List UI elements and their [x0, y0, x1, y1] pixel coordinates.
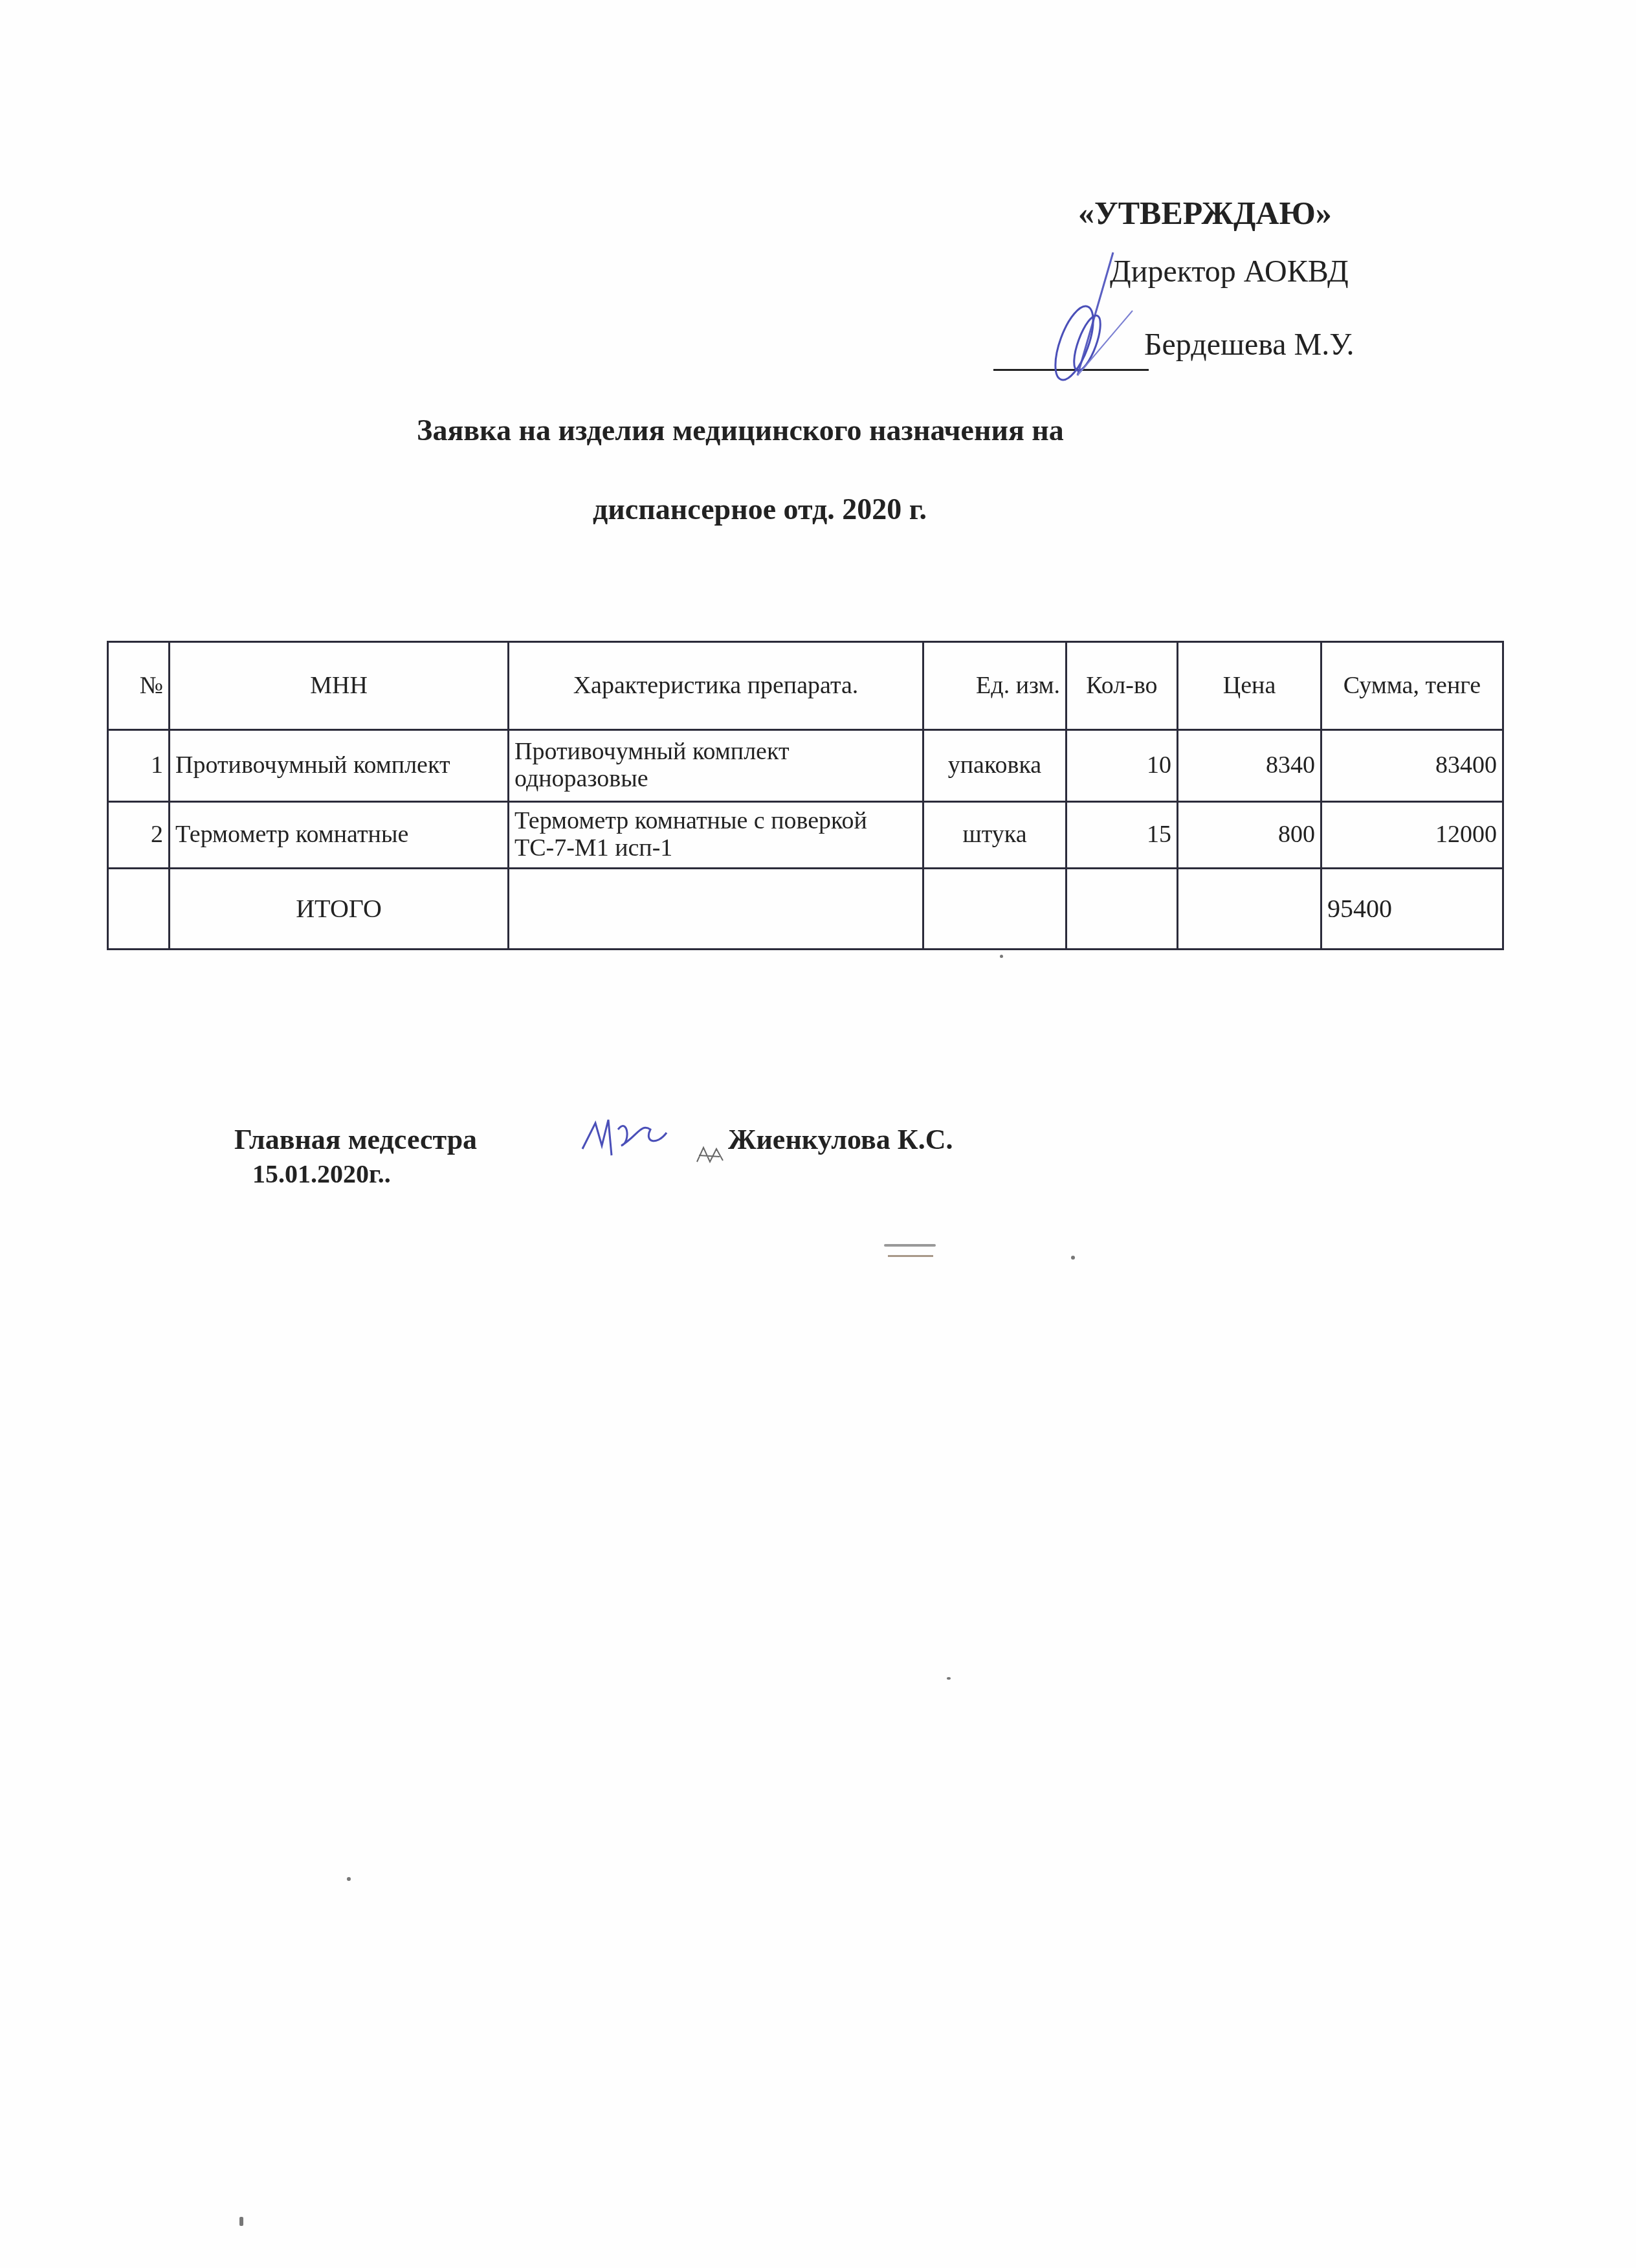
- cell-empty: [1067, 869, 1178, 950]
- scan-speck: [347, 1877, 351, 1881]
- header-quantity: Кол-во: [1067, 642, 1178, 730]
- scan-speck: [947, 1677, 951, 1680]
- cell-num: 1: [108, 730, 170, 802]
- header-unit: Ед. изм.: [923, 642, 1067, 730]
- document-title-line1: Заявка на изделия медицинского назначени…: [0, 413, 1558, 447]
- table-row: 2 Термометр комнатные Термометр комнатны…: [108, 802, 1503, 869]
- header-mnn: МНН: [170, 642, 509, 730]
- cell-description: Термометр комнатные с поверкой ТС-7-М1 и…: [509, 802, 923, 869]
- cell-price: 8340: [1178, 730, 1321, 802]
- cell-quantity: 15: [1067, 802, 1178, 869]
- signoff-name: Жиенкулова К.С.: [728, 1123, 953, 1156]
- signoff-role: Главная медсестра: [234, 1123, 477, 1156]
- total-sum: 95400: [1321, 869, 1503, 950]
- approval-name: Бердешева М.У.: [1144, 327, 1354, 362]
- signoff-date: 15.01.2020г..: [252, 1159, 391, 1189]
- document-title-line2: диспансерное отд. 2020 г.: [0, 492, 1578, 526]
- table-header-row: № МНН Характеристика препарата. Ед. изм.…: [108, 642, 1503, 730]
- cell-mnn: Термометр комнатные: [170, 802, 509, 869]
- table-row: 1 Противочумный комплект Противочумный к…: [108, 730, 1503, 802]
- approval-title: «УТВЕРЖДАЮ»: [1078, 194, 1332, 232]
- director-signature-icon: [1016, 246, 1145, 382]
- cell-sum: 83400: [1321, 730, 1503, 802]
- cell-unit: упаковка: [923, 730, 1067, 802]
- cell-empty: [509, 869, 923, 950]
- stamp-mark-icon: [694, 1142, 726, 1168]
- cell-mnn: Противочумный комплект: [170, 730, 509, 802]
- cell-sum: 12000: [1321, 802, 1503, 869]
- cell-empty: [1178, 869, 1321, 950]
- cell-num: 2: [108, 802, 170, 869]
- scan-speck: [1000, 955, 1003, 958]
- header-num: №: [108, 642, 170, 730]
- header-sum: Сумма, тенге: [1321, 642, 1503, 730]
- nurse-signature-icon: [579, 1110, 676, 1168]
- cell-quantity: 10: [1067, 730, 1178, 802]
- total-label: ИТОГО: [170, 869, 509, 950]
- cell-price: 800: [1178, 802, 1321, 869]
- header-description: Характеристика препарата.: [509, 642, 923, 730]
- scan-mark: [884, 1244, 936, 1247]
- cell-empty: [108, 869, 170, 950]
- scan-speck: [1071, 1256, 1075, 1260]
- cell-empty: [923, 869, 1067, 950]
- header-price: Цена: [1178, 642, 1321, 730]
- request-table: № МНН Характеристика препарата. Ед. изм.…: [107, 641, 1504, 950]
- cell-description: Противочумный комплект одноразовые: [509, 730, 923, 802]
- cell-unit: штука: [923, 802, 1067, 869]
- scan-speck: [239, 2217, 243, 2226]
- scan-mark: [888, 1255, 933, 1257]
- approval-role: Директор АОКВД: [1110, 254, 1349, 289]
- table-total-row: ИТОГО 95400: [108, 869, 1503, 950]
